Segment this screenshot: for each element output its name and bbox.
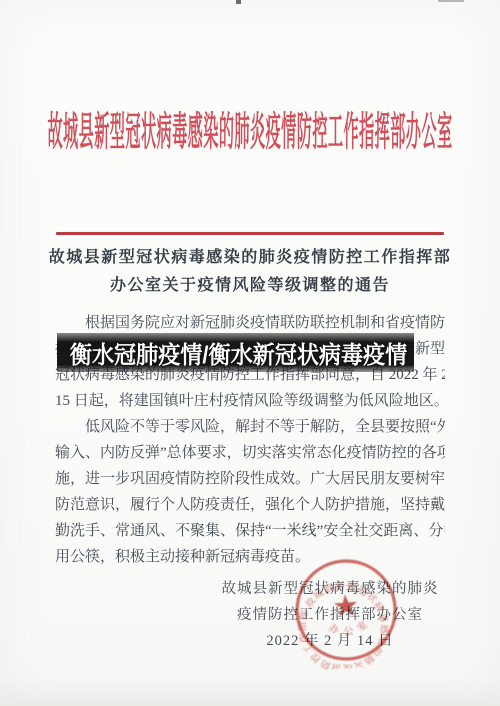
signature-line1: 故城县新型冠状病毒感染的肺炎	[205, 576, 455, 602]
body-line: 用公筷，积极主动接种新冠病毒疫苗。	[55, 544, 445, 570]
signature-line2: 疫情防控工作指挥部办公室	[205, 602, 455, 628]
signature-block: 故城县新型冠状病毒感染的肺炎 疫情防控工作指挥部办公室 2022 年 2 月 1…	[205, 576, 455, 654]
overlay-caption-banner: 衡水冠肺疫情/衡水新冠状病毒疫情	[57, 333, 414, 372]
document-title-line2: 办公室关于疫情风险等级调整的通告	[0, 272, 500, 300]
body-line: 防范意识，履行个人防疫责任，强化个人防护措施，坚持戴口罩、	[55, 492, 445, 518]
photo-artifact-top-tick	[236, 0, 241, 4]
photo-artifact-top-smudge	[438, 0, 464, 2]
letterhead-rule	[56, 232, 444, 235]
signature-date: 2022 年 2 月 14 日	[205, 628, 455, 654]
overlay-caption-text: 衡水冠肺疫情/衡水新冠状病毒疫情	[57, 335, 407, 370]
body-line: 15 日起，将建国镇叶庄村疫情风险等级调整为低风险地区。	[55, 388, 445, 414]
document-title: 故城县新型冠状病毒感染的肺炎疫情防控工作指挥部 办公室关于疫情风险等级调整的通告	[0, 244, 500, 300]
body-line: 勤洗手、常通风、不聚集、保持“一米线”安全社交距离、分餐制、	[55, 518, 445, 544]
document-title-line1: 故城县新型冠状病毒感染的肺炎疫情防控工作指挥部	[0, 244, 500, 272]
body-line: 根据国务院应对新冠肺炎疫情联防联控机制和省疫情防控	[55, 310, 445, 336]
body-line: 低风险不等于零风险，解封不等于解防，全县要按照“外防	[55, 414, 445, 440]
body-line: 施，进一步巩固疫情防控阶段性成效。广大居民朋友要树牢风险	[55, 466, 445, 492]
letterhead-text: 故城县新型冠状病毒感染的肺炎疫情防控工作指挥部办公室	[47, 100, 452, 157]
letterhead-masthead: 故城县新型冠状病毒感染的肺炎疫情防控工作指挥部办公室	[0, 103, 500, 153]
document-photo: 故城县新型冠状病毒感染的肺炎疫情防控工作指挥部办公室 故城县新型冠状病毒感染的肺…	[0, 0, 500, 706]
photo-edge-strip	[0, 700, 500, 706]
body-line: 输入、内防反弹”总体要求，切实落实常态化疫情防控的各项措	[55, 440, 445, 466]
